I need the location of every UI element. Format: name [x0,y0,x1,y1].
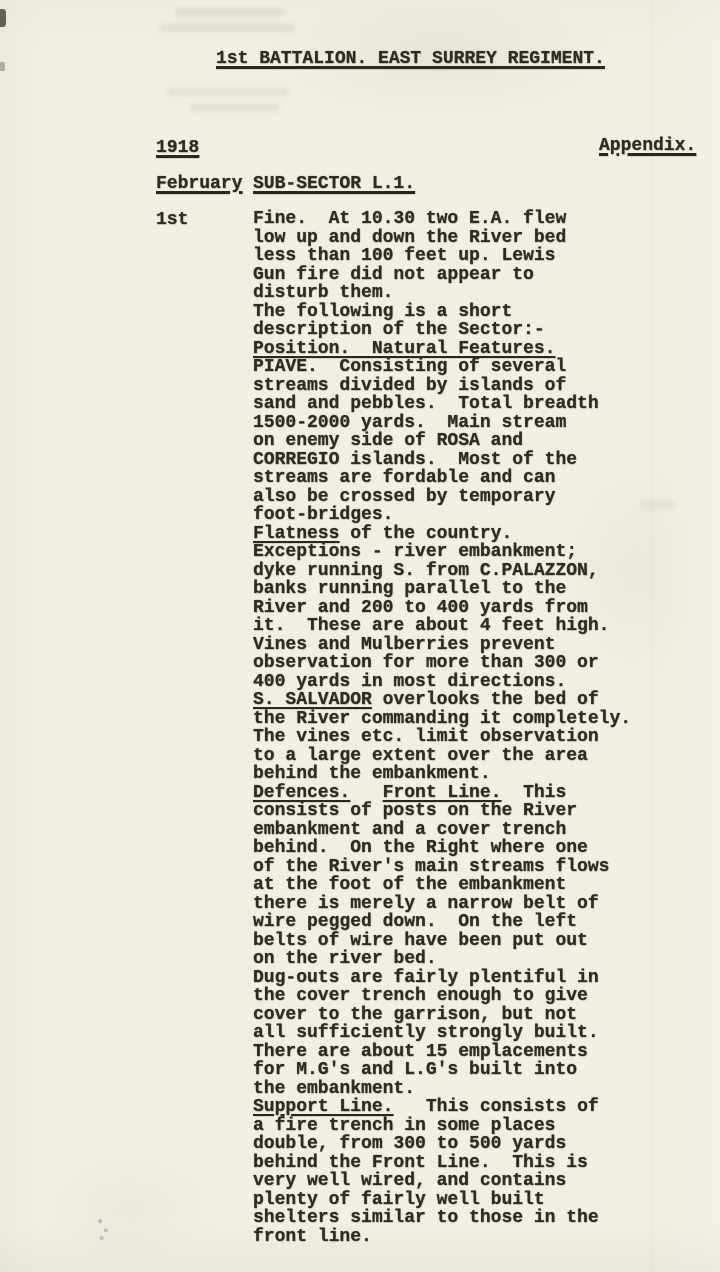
text-segment: 1500-2000 yards. Main stream [253,413,566,433]
body-line: also be crossed by temporary [253,488,673,507]
text-segment: very well wired, and contains [253,1171,566,1191]
body-line: Dug-outs are fairly plentiful in [253,969,673,988]
text-segment: embankment and a cover trench [253,820,566,840]
text-segment: on enemy side of ROSA and [253,431,523,451]
text-segment: on the river bed. [253,949,437,969]
body-line: Defences. Front Line. This [253,784,673,803]
body-line: Vines and Mulberries prevent [253,636,673,655]
body-line: cover to the garrison, but not [253,1006,673,1025]
scan-edge-mark [0,62,5,71]
body-line: embankment and a cover trench [253,821,673,840]
body-line: very well wired, and contains [253,1172,673,1191]
body-line: S. SALVADOR overlooks the bed of [253,691,673,710]
body-line: behind the embankment. [253,765,673,784]
body-line: CORREGIO islands. Most of the [253,451,673,470]
body-line: less than 100 feet up. Lewis [253,247,673,266]
text-segment: front line. [253,1227,372,1247]
text-segment: double, from 300 to 500 yards [253,1134,566,1154]
text-segment: at the foot of the embankment [253,875,566,895]
text-segment: the River commanding it completely. [253,709,631,729]
body-line: Gun fire did not appear to [253,266,673,285]
body-line: for M.G's and L.G's built into [253,1061,673,1080]
text-segment: a fire trench in some places [253,1116,555,1136]
body-line: Position. Natural Features. [253,340,673,359]
body-line: low up and down the River bed [253,229,673,248]
text-segment: Vines and Mulberries prevent [253,635,555,655]
text-segment: streams divided by islands of [253,376,566,396]
body-line: Support Line. This consists of [253,1098,673,1117]
body-line: streams are fordable and can [253,469,673,488]
body-line: a fire trench in some places [253,1117,673,1136]
page-title: 1st BATTALION. EAST SURREY REGIMENT. [216,49,605,69]
text-segment: wire pegged down. On the left [253,912,577,932]
text-segment: the embankment. [253,1079,415,1099]
text-segment: Exceptions - river embankment; [253,542,577,562]
day-label: 1st [156,210,188,230]
text-segment: all sufficiently strongly built. [253,1023,599,1043]
underlined-text: Support Line. [253,1097,393,1117]
text-segment: of the River's main streams flows [253,857,609,877]
text-segment: Gun fire did not appear to [253,265,534,285]
body-line: 1500-2000 yards. Main stream [253,414,673,433]
text-segment: sand and pebbles. Total breadth [253,394,599,414]
underlined-text: Front Line. [383,783,502,803]
body-line: on the river bed. [253,950,673,969]
text-segment: there is merely a narrow belt of [253,894,599,914]
text-segment: behind the embankment. [253,764,491,784]
body-line: it. These are about 4 feet high. [253,617,673,636]
text-segment: dyke running S. from C.PALAZZON, [253,561,599,581]
sub-sector-heading: SUB-SECTOR L.1. [253,174,415,194]
month-label: February [156,174,242,194]
text-segment: for M.G's and L.G's built into [253,1060,577,1080]
ink-bleedthrough-mark [168,88,288,96]
body-line: The vines etc. limit observation [253,728,673,747]
text-segment: The following is a short [253,302,512,322]
text-segment [350,783,382,803]
body-line: double, from 300 to 500 yards [253,1135,673,1154]
text-segment: CORREGIO islands. Most of the [253,450,577,470]
text-segment: This consists of [393,1097,598,1117]
text-segment: disturb them. [253,283,393,303]
body-line: sand and pebbles. Total breadth [253,395,673,414]
text-segment: foot-bridges. [253,505,393,525]
text-segment: banks running parallel to the [253,579,566,599]
text-segment: Dug-outs are fairly plentiful in [253,968,599,988]
body-line: There are about 15 emplacements [253,1043,673,1062]
appendix-label: Appendix. [599,136,696,156]
text-segment: behind the Front Line. This is [253,1153,588,1173]
text-segment: belts of wire have been put out [253,931,588,951]
body-line: the embankment. [253,1080,673,1099]
text-segment: description of the Sector:- [253,320,545,340]
text-segment: the cover trench enough to give [253,986,588,1006]
body-line: all sufficiently strongly built. [253,1024,673,1043]
body-line: at the foot of the embankment [253,876,673,895]
body-line: the River commanding it completely. [253,710,673,729]
underlined-text: S. SALVADOR [253,690,372,710]
body-line: River and 200 to 400 yards from [253,599,673,618]
text-segment: consists of posts on the River [253,801,577,821]
body-line: to a large extent over the area [253,747,673,766]
body-text: Fine. At 10.30 two E.A. flewlow up and d… [253,210,673,1246]
body-line: wire pegged down. On the left [253,913,673,932]
scanned-war-diary-page: 1st BATTALION. EAST SURREY REGIMENT. 191… [0,0,720,1272]
body-line: there is merely a narrow belt of [253,895,673,914]
text-segment: The vines etc. limit observation [253,727,599,747]
text-segment: observation for more than 300 or [253,653,599,673]
text-segment: 400 yards in most directions. [253,672,566,692]
text-segment: Fine. At 10.30 two E.A. flew [253,209,566,229]
ink-bleedthrough-mark [190,104,280,111]
body-line: belts of wire have been put out [253,932,673,951]
text-segment: This [501,783,566,803]
body-line: on enemy side of ROSA and [253,432,673,451]
body-line: plenty of fairly well built [253,1191,673,1210]
body-line: shelters similar to those in the [253,1209,673,1228]
text-segment: overlooks the bed of [372,690,599,710]
body-line: behind. On the Right where one [253,839,673,858]
ink-specks [96,1216,110,1242]
text-segment: to a large extent over the area [253,746,588,766]
body-line: foot-bridges. [253,506,673,525]
body-line: banks running parallel to the [253,580,673,599]
body-line: disturb them. [253,284,673,303]
text-segment: it. These are about 4 feet high. [253,616,609,636]
body-line: consists of posts on the River [253,802,673,821]
text-segment: shelters similar to those in the [253,1208,599,1228]
body-line: Exceptions - river embankment; [253,543,673,562]
body-line: The following is a short [253,303,673,322]
year-label: 1918 [156,138,199,158]
body-line: behind the Front Line. This is [253,1154,673,1173]
underlined-text: Flatness [253,524,339,544]
text-segment: plenty of fairly well built [253,1190,545,1210]
body-line: observation for more than 300 or [253,654,673,673]
text-segment: of the country. [339,524,512,544]
ink-bleedthrough-mark [175,8,285,16]
body-line: of the River's main streams flows [253,858,673,877]
body-line: PIAVE. Consisting of several [253,358,673,377]
body-line: description of the Sector:- [253,321,673,340]
text-segment: River and 200 to 400 yards from [253,598,588,618]
text-segment: PIAVE. Consisting of several [253,357,566,377]
text-segment: cover to the garrison, but not [253,1005,577,1025]
body-line: the cover trench enough to give [253,987,673,1006]
text-segment: less than 100 feet up. Lewis [253,246,555,266]
text-segment: behind. On the Right where one [253,838,588,858]
ink-bleedthrough-mark [160,24,295,32]
paper-stain [40,1150,220,1270]
body-line: Flatness of the country. [253,525,673,544]
scan-edge-mark [0,9,6,27]
underlined-text: Defences. [253,783,350,803]
body-line: Fine. At 10.30 two E.A. flew [253,210,673,229]
text-segment: streams are fordable and can [253,468,555,488]
body-line: streams divided by islands of [253,377,673,396]
text-segment: also be crossed by temporary [253,487,555,507]
body-line: front line. [253,1228,673,1247]
text-segment: low up and down the River bed [253,228,566,248]
body-line: dyke running S. from C.PALAZZON, [253,562,673,581]
underlined-text: Position. Natural Features. [253,339,555,359]
body-line: 400 yards in most directions. [253,673,673,692]
text-segment: There are about 15 emplacements [253,1042,588,1062]
